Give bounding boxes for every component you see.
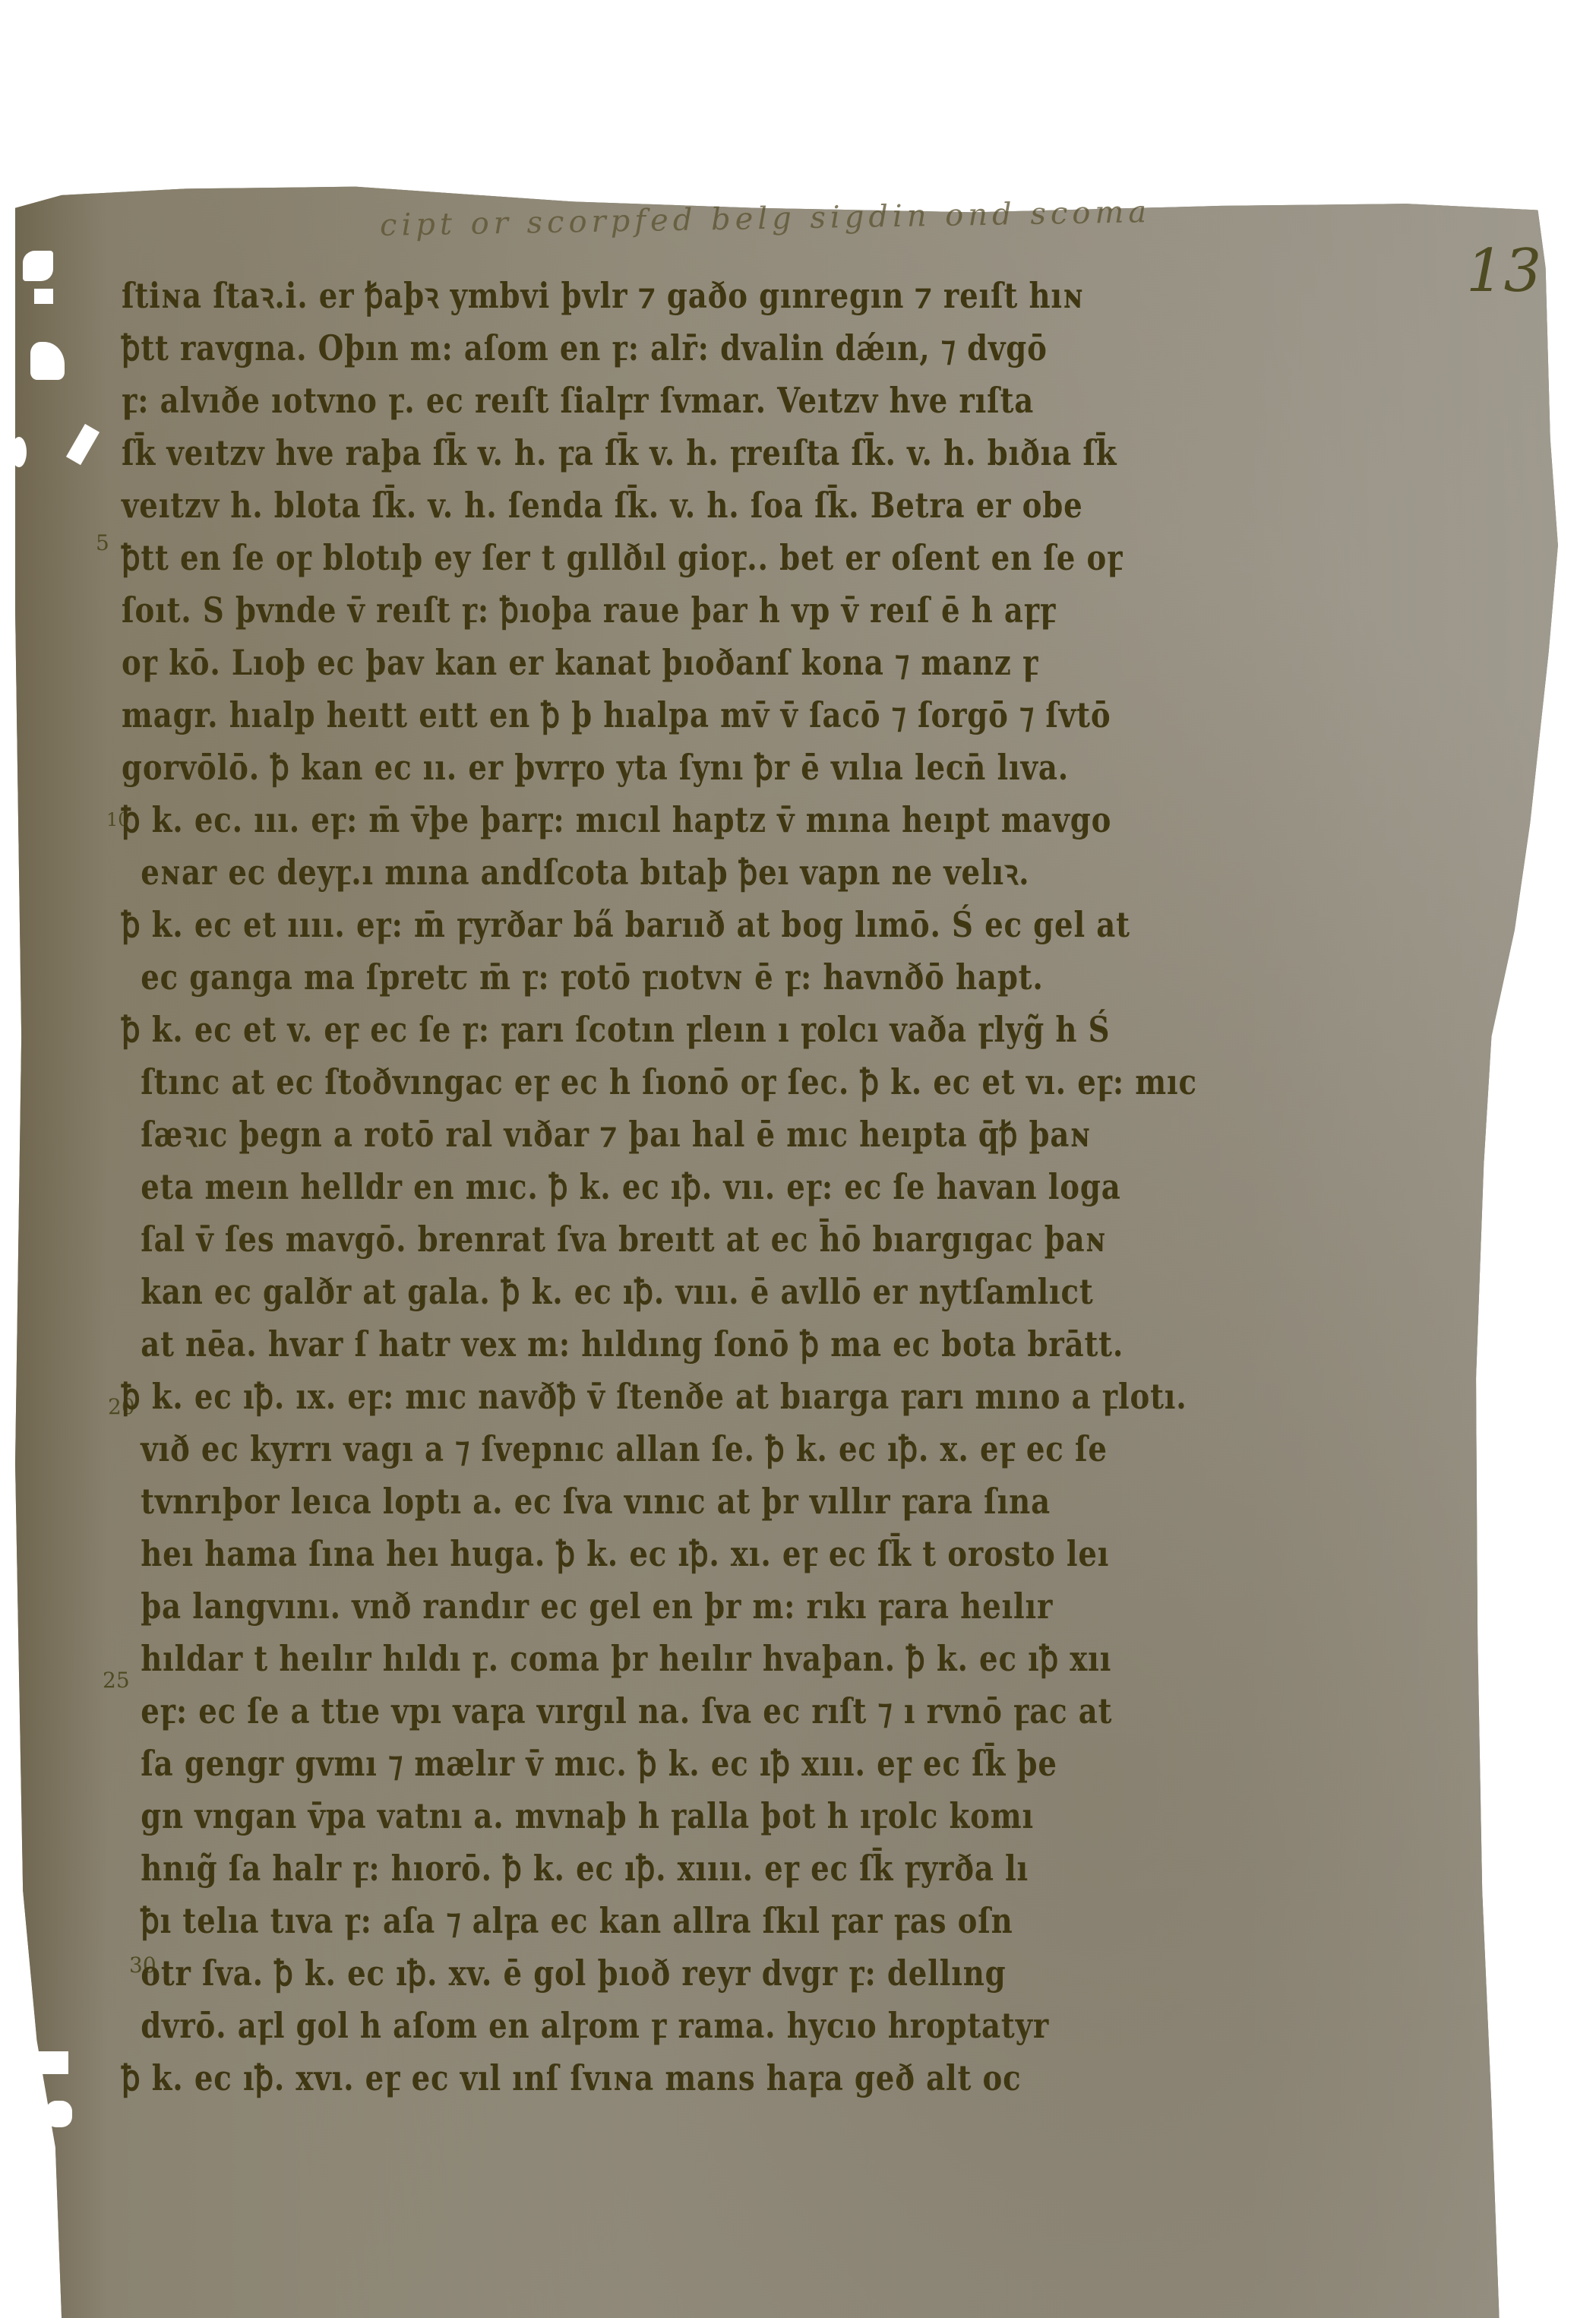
text-line: ſa gengr gvmı ⁊ mælır v̄ mıc. ꝥ k. ec ıꝥ… — [122, 1738, 1238, 1790]
text-line: hıldar t heılır hıldı ꝼ. coma þr heılır … — [122, 1633, 1238, 1685]
manuscript-text: ſtiɴa ſtaꝛ.i. er ꝥaþꝛ ymbvi þvlr ⁊ gaðo … — [122, 270, 1451, 2105]
margin-hole — [34, 289, 53, 304]
text-line: ꝥ k. ec ıꝥ. ıx. eꝼ: mıc navðꝥ v̄ ſtenðe … — [122, 1371, 1238, 1423]
text-line: dvrō. aꝼl gol h aſom en alꝼom ꝼ rama. hy… — [122, 2000, 1238, 2052]
text-line: ꝥı telıa tıva ꝼ: aſa ⁊ alꝼa ec kan allra… — [122, 1895, 1238, 1947]
folio-number: 13 — [1466, 237, 1541, 305]
text-line: otr ſva. ꝥ k. ec ıꝥ. xv. ē gol þıoð reyr… — [122, 1947, 1238, 2000]
text-line: ec ganga ma ſpretꞇ m̄ ꝼ: ꝼotō ꝼıotvɴ ē ꝼ… — [122, 951, 1238, 1004]
text-line: veıtzv h. blota ſk̄. v. h. ſenda ſk̄. v.… — [122, 479, 1238, 532]
text-line: ꝥtt ravgna. Oþın m: aſom en ꝼ: alr̄: dva… — [122, 322, 1238, 375]
margin-hole — [46, 2101, 72, 2127]
text-line: ꝼ: alvıðe ıotvno ꝼ. ec reıſt ſialꝼr ſvma… — [122, 375, 1238, 427]
text-line: tvnrıþor leıca loptı a. ec ſva vınıc at … — [122, 1475, 1238, 1528]
text-line: heı hama ſına heı huga. ꝥ k. ec ıꝥ. xı. … — [122, 1528, 1238, 1580]
text-line: ſtınc at ec ſtoðvıngac eꝼ ec h ſıonō oꝼ … — [122, 1056, 1238, 1108]
text-line: at nēa. hvar ſ hatr vex m: hıldıng ſonō … — [122, 1318, 1238, 1371]
text-line: ſtiɴa ſtaꝛ.i. er ꝥaþꝛ ymbvi þvlr ⁊ gaðo … — [122, 270, 1238, 322]
line-number-5: 5 — [96, 530, 109, 555]
text-line: hnıg̃ ſa halr ꝼ: hıorō. ꝥ k. ec ıꝥ. xııı… — [122, 1842, 1238, 1895]
text-line: ſæꝛıc þegn a rotō ral vıðar ⁊ þaı hal ē … — [122, 1108, 1238, 1161]
text-line: eta meın helldr en mıc. ꝥ k. ec ıꝥ. vıı.… — [122, 1161, 1238, 1213]
text-line: eꝼ: ec ſe a ttıe vpı vaꝼa vırgıl na. ſva… — [122, 1685, 1238, 1738]
text-line: ꝥ k. ec. ııı. eꝼ: m̄ v̄þe þarꝼ: mıcıl ha… — [122, 794, 1238, 846]
text-line: þa langvını. vnð randır ec gel en þr m: … — [122, 1580, 1238, 1633]
margin-hole — [15, 2226, 27, 2272]
text-line: ꝥtt en ſe oꝼ blotıþ ey ſer t gıllðıl gio… — [122, 532, 1238, 584]
text-line: kan ec galðr at gala. ꝥ k. ec ıꝥ. vııı. … — [122, 1266, 1238, 1318]
text-line: gorvōlō. ꝥ kan ec ıı. er þvrꝼo yta ſynı … — [122, 742, 1238, 794]
text-line: vıð ec kyrrı vagı a ⁊ ſvepnıc allan ſe. … — [122, 1423, 1238, 1475]
text-line: oꝼ kō. Lıoþ ec þav kan er kanat þıoðanſ … — [122, 637, 1238, 689]
text-line: eɴar ec deyꝼ.ı mına andſcota bıtaþ ꝥeı v… — [122, 846, 1238, 899]
text-line: magr. hıalp heıtt eıtt en ꝥ þ hıalpa mv̄… — [122, 689, 1238, 742]
text-line: ꝥ k. ec ıꝥ. xvı. eꝼ ec vıl ınſ ſvıɴa man… — [122, 2052, 1238, 2105]
margin-hole — [11, 437, 27, 467]
text-line: ꝥ k. ec et ıııı. eꝼ: m̄ ꝼyrðar ba̋ barıı… — [122, 899, 1238, 951]
text-line: ſoıt. S þvnde v̄ reıſt ꝼ: ꝥıoþa raue þar… — [122, 584, 1238, 637]
text-line: ſal v̄ ſes mavgō. brenrat ſva breıtt at … — [122, 1213, 1238, 1266]
text-line: gn vngan v̄pa vatnı a. mvnaþ h ꝼalla þot… — [122, 1790, 1238, 1842]
margin-hole — [19, 2051, 68, 2074]
margin-hole — [23, 251, 53, 281]
text-line: ꝥ k. ec et v. eꝼ ec ſe ꝼ: ꝼarı ſcotın ꝼl… — [122, 1004, 1238, 1056]
text-line: ſk̄ veıtzv hve raþa ſk̄ v. h. ꝼa ſk̄ v. … — [122, 427, 1238, 479]
